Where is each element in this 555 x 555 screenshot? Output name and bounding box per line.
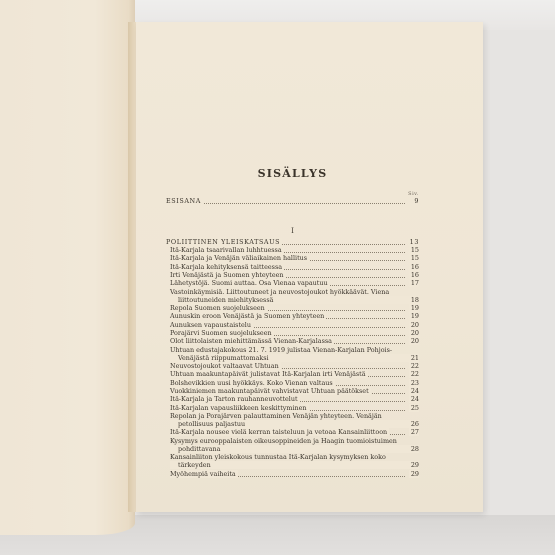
toc-entry-page: 20 — [409, 337, 419, 345]
toc-entry-label: Aunuskin eroon Venäjästä ja Suomen yhtey… — [170, 312, 326, 320]
toc-entry-label: Irti Venäjästä ja Suomen yhteyteen — [170, 271, 286, 279]
toc-entry-label: Aunuksen vapaustaistelu — [170, 321, 253, 329]
section-numeral: I — [166, 227, 419, 235]
toc-entry-page: 20 — [409, 321, 419, 329]
toc-entry-page: 9 — [412, 197, 419, 205]
toc-entry-label: Itä-Karjala ja Venäjän väliaikainen hall… — [170, 254, 309, 262]
toc-entry-label-continued: pohdittavana — [170, 445, 419, 453]
toc-entry-page: 22 — [409, 362, 419, 370]
toc-section-heading: POLIITTINEN YLEISKATSAUS 13 — [166, 238, 419, 246]
toc-entry-preface: ESISANA 9 — [166, 197, 419, 205]
toc-entry-page: 18 — [409, 296, 419, 304]
toc-entry: Porajärvi Suomen suojelukseen20 — [170, 329, 419, 337]
toc-entry: Lähetystöjä. Suomi auttaa. Osa Vienaa va… — [170, 279, 419, 287]
toc-entry: Itä-Karjala nousee vielä kerran taistelu… — [170, 428, 419, 436]
toc-entry-label: Itä-Karjala kehityksensä taitteessa — [170, 263, 284, 271]
toc-entry-page: 25 — [409, 404, 419, 412]
toc-entry-label: Vuokkiniemen maakuntapäivät vahvistavat … — [170, 387, 371, 395]
toc-entry-page: 20 — [409, 329, 419, 337]
toc-entry-page: 24 — [409, 387, 419, 395]
toc-entry-page: 16 — [409, 263, 419, 271]
toc-entry-page: 17 — [409, 279, 419, 287]
toc-entry: Aunuksen vapaustaistelu20 — [170, 321, 419, 329]
toc-entry: Olot liittolaisten miehittämässä Vienan-… — [170, 337, 419, 345]
toc-entry-label: Repolan ja Porajärven palauttaminen Venä… — [170, 412, 419, 420]
toc-entry-label: Itä-Karjala nousee vielä kerran taistelu… — [170, 428, 389, 436]
toc-entry: Uhtuan edustajakokous 21. 7. 1919 julist… — [170, 346, 419, 362]
toc-entry-label: POLIITTINEN YLEISKATSAUS — [166, 238, 282, 246]
toc-entry-label-continued: tärkeyden — [170, 461, 419, 469]
toc-entry-page: 28 — [409, 445, 419, 453]
toc-entry-page: 13 — [408, 238, 419, 246]
toc-entry: Itä-Karjala ja Venäjän väliaikainen hall… — [170, 254, 419, 262]
toc-entry: Repola Suomen suojelukseen19 — [170, 304, 419, 312]
toc-entry-label: Uhtuan edustajakokous 21. 7. 1919 julist… — [170, 346, 419, 354]
toc-entry-label: Repola Suomen suojelukseen — [170, 304, 267, 312]
toc-entry-label: Uhtuan maakuntapäivät julistavat Itä-Kar… — [170, 370, 368, 378]
toc-entry-page: 19 — [409, 312, 419, 320]
toc-entry-label-continued: Venäjästä riippumattomaksi — [170, 354, 419, 362]
toc-entry: Myöhempiä vaiheita29 — [170, 470, 419, 478]
toc-entry: Kansainliiton yleiskokous tunnustaa Itä-… — [170, 453, 419, 469]
toc-entry-page: 24 — [409, 395, 419, 403]
toc-entry-page: 21 — [409, 354, 419, 362]
toc-entry-label: Neuvostojoukot valtaavat Uhtuan — [170, 362, 281, 370]
toc-entry-label: Itä-Karjala tsaarivallan luhhtuessa — [170, 246, 284, 254]
toc-entry-page: 15 — [409, 246, 419, 254]
toc-entry: Itä-Karjalan vapausliikkeen keskittymine… — [170, 404, 419, 412]
toc-entry-label: Itä-Karjala ja Tarton rauhanneuvottelut — [170, 395, 300, 403]
toc-entry-page: 27 — [409, 428, 419, 436]
toc-entry-label: Itä-Karjalan vapausliikkeen keskittymine… — [170, 404, 309, 412]
toc-entry: Itä-Karjala kehityksensä taitteessa16 — [170, 263, 419, 271]
toc-entry: Irti Venäjästä ja Suomen yhteyteen16 — [170, 271, 419, 279]
toc-entry-page: 23 — [409, 379, 419, 387]
toc-entry: Bolshevikkien uusi hyökkäys. Koko Vienan… — [170, 379, 419, 387]
toc-entry-label: ESISANA — [166, 197, 203, 205]
toc-entry-label: Lähetystöjä. Suomi auttaa. Osa Vienaa va… — [170, 279, 330, 287]
toc-entry-label-continued: petollisuus paljastuu — [170, 420, 419, 428]
toc-entry-label: Porajärvi Suomen suojelukseen — [170, 329, 274, 337]
toc-entry-page: 19 — [409, 304, 419, 312]
toc-entry-label-continued: liittoutuneiden miehityksessä — [170, 296, 419, 304]
toc-entry-page: 16 — [409, 271, 419, 279]
toc-entry-page: 15 — [409, 254, 419, 262]
toc-entry: Itä-Karjala tsaarivallan luhhtuessa15 — [170, 246, 419, 254]
toc-entry: Repolan ja Porajärven palauttaminen Venä… — [170, 412, 419, 428]
toc-entry-page: 22 — [409, 370, 419, 378]
toc-entry-label: Olot liittolaisten miehittämässä Vienan-… — [170, 337, 334, 345]
toc-entry: Aunuskin eroon Venäjästä ja Suomen yhtey… — [170, 312, 419, 320]
toc-entry-page: 26 — [409, 420, 419, 428]
toc-entry: Itä-Karjala ja Tarton rauhanneuvottelut2… — [170, 395, 419, 403]
toc-entry: Vuokkiniemen maakuntapäivät vahvistavat … — [170, 387, 419, 395]
right-page: SISÄLLYS Siv. ESISANA 9 I POLIITTINEN YL… — [136, 22, 483, 512]
toc-entry: Neuvostojoukot valtaavat Uhtuan22 — [170, 362, 419, 370]
toc-entry: Kysymys eurooppalaisten oikeusoppineiden… — [170, 437, 419, 453]
toc-title: SISÄLLYS — [166, 167, 419, 180]
toc-entry-label: Kansainliiton yleiskokous tunnustaa Itä-… — [170, 453, 419, 461]
toc-entry-label: Vastoinkäymisiä. Liittoutuneet ja neuvos… — [170, 288, 419, 296]
toc-entry-label: Kysymys eurooppalaisten oikeusoppineiden… — [170, 437, 419, 445]
toc-entry-page: 29 — [409, 470, 419, 478]
toc-entry: Vastoinkäymisiä. Liittoutuneet ja neuvos… — [170, 288, 419, 304]
toc-entry-label: Bolshevikkien uusi hyökkäys. Koko Vienan… — [170, 379, 335, 387]
toc-entry-page: 29 — [409, 461, 419, 469]
toc-entry-label: Myöhempiä vaiheita — [170, 470, 238, 478]
left-page — [0, 0, 135, 535]
toc-entry: Uhtuan maakuntapäivät julistavat Itä-Kar… — [170, 370, 419, 378]
